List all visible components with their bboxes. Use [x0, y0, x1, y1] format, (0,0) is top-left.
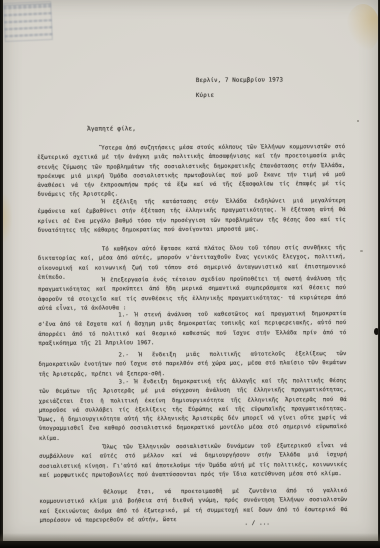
salutation: Ἀγαπητέ φίλε,: [87, 125, 136, 132]
paragraph-5: Ὅλως τῶν Ἑλληνικῶν σοσιαλιστικῶν δυνάμεω…: [39, 442, 347, 481]
scanned-letter-screenshot: Βερλίν, 7 Νοεμβρίου 1973 Κύριε Ἀγαπητέ φ…: [0, 0, 380, 548]
scan-edge-bottom-shadow: [0, 533, 380, 541]
numbered-item-2: 2.- Ἡ ἔνδειξη μιᾶς πολιτικῆς αὐτοτελοῦς …: [38, 350, 346, 380]
numbered-item-1: 1.- Ἡ στενή ἀνάλυση τοῦ καθεστῶτος καί π…: [38, 310, 346, 349]
date-line: Βερλίν, 7 Νοεμβρίου 1973: [196, 77, 283, 84]
date-secondary-line: Κύριε: [196, 93, 214, 99]
paragraph-1: Ὕστερα ἀπό συζητήσεις μέσα στούς κόλπους…: [37, 143, 345, 201]
scan-edge-left: [0, 0, 3, 548]
paragraph-6: Θέλουμε ἔτσι, νά προετοιμασθῆ μέ ζωντάνι…: [39, 487, 347, 526]
typewritten-text-layer: Βερλίν, 7 Νοεμβρίου 1973 Κύριε Ἀγαπητέ φ…: [0, 0, 380, 548]
paragraph-2: Ἡ ἐξέλιξη τῆς κατάστασης στήν Ἑλλάδα ἐκδ…: [38, 197, 346, 236]
continuation-mark: . / ...: [245, 521, 271, 527]
paragraph-4: Ἡ ἐπεξεργασία ἑνός τέτοιου σχεδίου προϋπ…: [38, 275, 346, 314]
scan-edge-bottom: [0, 541, 380, 548]
numbered-item-3: 3.- Ἡ ἔνδειξη δημοκρατική τῆς ἀλλαγῆς κα…: [39, 377, 347, 444]
